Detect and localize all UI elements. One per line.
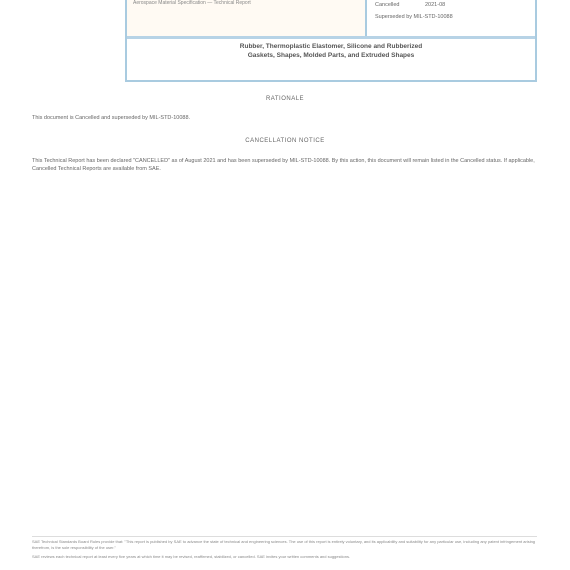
footer-divider [32, 536, 537, 537]
header-divider [127, 36, 535, 39]
superseded-by: Superseded by MIL-STD-10088 [375, 14, 453, 20]
header-top-left-cell: Aerospace Material Specification — Techn… [127, 0, 367, 36]
document-title: Rubber, Thermoplastic Elastomer, Silicon… [127, 42, 535, 60]
document-header-box: Aerospace Material Specification — Techn… [125, 0, 537, 82]
footer-paragraph-1: SAE Technical Standards Board Rules prov… [32, 539, 537, 551]
header-status-cell: Cancelled 2021-08 Superseded by MIL-STD-… [367, 0, 535, 36]
cancelled-date: 2021-08 [425, 2, 445, 8]
header-top-left-text: Aerospace Material Specification — Techn… [133, 0, 251, 6]
rationale-heading: RATIONALE [0, 96, 570, 102]
cancellation-heading: CANCELLATION NOTICE [0, 138, 570, 144]
cancellation-text: This Technical Report has been declared … [32, 157, 537, 173]
legal-footer: SAE Technical Standards Board Rules prov… [32, 539, 537, 563]
footer-paragraph-2: SAE reviews each technical report at lea… [32, 554, 537, 560]
cancelled-label: Cancelled [375, 2, 425, 8]
header-top-row: Aerospace Material Specification — Techn… [127, 0, 535, 36]
rationale-text: This document is Cancelled and supersede… [32, 114, 537, 122]
